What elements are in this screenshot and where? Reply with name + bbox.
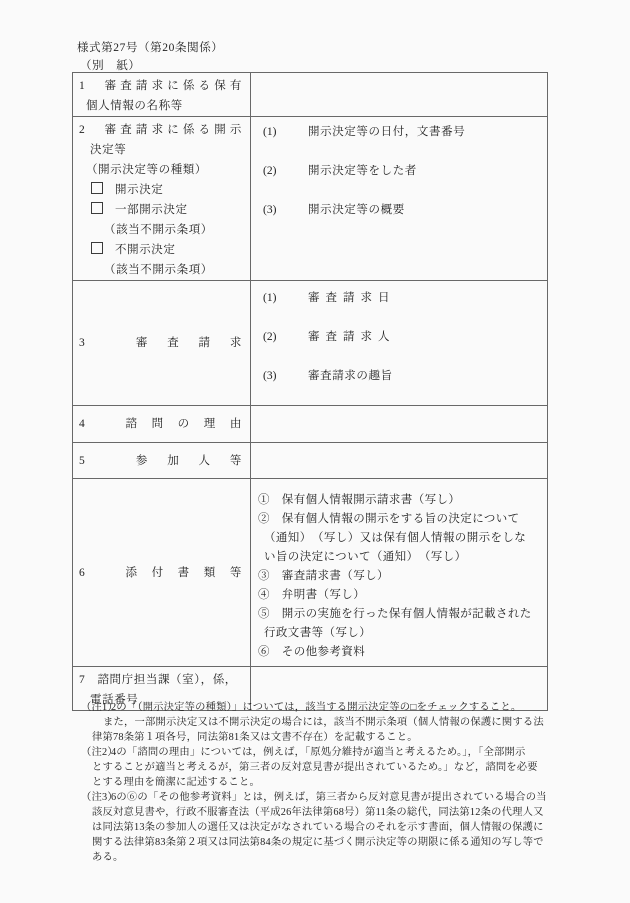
item-text: 開示決定等の日付，文書番号 [308, 126, 465, 138]
footnotes: （注1）2の「（開示決定等の種類）」については，該当する開示決定等の□をチェック… [81, 700, 547, 865]
row-2-disclosure-decisions: 2 審査請求に係る開示 決定等 （開示決定等の種類） 開示決定 一部開示決定 （… [73, 117, 548, 281]
item-text: 審査請求人 [308, 331, 396, 343]
note-text: 2の「（開示決定等の種類）」については，該当する開示決定等の□をチェックすること… [111, 702, 521, 713]
list-item: (2)開示決定等をした者 [263, 161, 543, 181]
note-3-line: 関する法律第83条第２項又は同法第84条の規定に基づく開示決定等の期限に係る通知… [81, 835, 547, 850]
item-number: (2) [263, 327, 308, 347]
item-text: 審査請求の趣旨 [308, 370, 393, 382]
item-text: 開示決定等をした者 [308, 165, 417, 177]
note-3-line: （注3）6の⑥の「その他参考資料」とは，例えば，第三者から反対意見書が提出されて… [81, 790, 547, 805]
decision-type-heading: （開示決定等の種類） [79, 160, 242, 180]
note-3-line: ある。 [81, 850, 547, 865]
item-number: (3) [263, 366, 308, 386]
row-3-item-cell: 3 審査請求 [73, 281, 251, 406]
item-text: 審査請求日 [308, 292, 396, 304]
attached-doc-item: ① 保有個人情報開示請求書（写し） [258, 491, 543, 510]
checkbox-label: 不開示決定 [115, 244, 176, 256]
item-text: 開示決定等の概要 [308, 204, 405, 216]
row-5-intervenors: 5 参加人等 [73, 443, 548, 479]
note-2-label: （注2） [81, 745, 118, 760]
row-4-consultation-reason: 4 諮問の理由 [73, 406, 548, 443]
note-text: 4の「諮問の理由」については，例えば，「原処分維持が適当と考えるため。」，「全部… [111, 747, 526, 758]
list-item: (3)審査請求の趣旨 [263, 366, 543, 386]
row-6-attached-documents: 6 添付書類等 ① 保有個人情報開示請求書（写し） ② 保有個人情報の開示をする… [73, 479, 548, 667]
item-number: (1) [263, 288, 308, 308]
applicable-nondisclosure-clause-note: （該当不開示条項） [79, 220, 242, 240]
attached-doc-item: ⑥ その他参考資料 [258, 643, 543, 662]
note-1-label: （注1） [81, 700, 118, 715]
row-4-title: 4 諮問の理由 [79, 414, 242, 434]
item-number: (1) [263, 122, 308, 142]
checkbox-disclosure-decision[interactable] [91, 182, 103, 194]
note-1-line: 律第78条第１項各号，同法第81条又は文書不存在）を記載すること。 [81, 730, 547, 745]
row-5-item-cell: 5 参加人等 [73, 443, 251, 479]
attached-doc-item: ③ 審査請求書（写し） [258, 567, 543, 586]
row-6-value-cell: ① 保有個人情報開示請求書（写し） ② 保有個人情報の開示をする旨の決定について… [251, 479, 548, 667]
row-3-title: 3 審査請求 [79, 333, 242, 353]
note-3-line: 該反対意見書や，行政不服審査法（平成26年法律第68号）第11条の総代，同法第1… [81, 805, 547, 820]
checkbox-label: 一部開示決定 [115, 204, 188, 216]
row-1-title-line-2: 個人情報の名称等 [79, 96, 242, 116]
row-5-value-cell [251, 443, 548, 479]
row-4-value-cell [251, 406, 548, 443]
list-item: (3)開示決定等の概要 [263, 200, 543, 220]
checkbox-line-disclosure: 開示決定 [79, 180, 242, 200]
attached-doc-item-continuation: い旨の決定について（通知） （写し） [258, 548, 543, 567]
checkbox-partial-disclosure-decision[interactable] [91, 202, 103, 214]
attached-doc-item: ⑤ 開示の実施を行った保有個人情報が記載された [258, 605, 543, 624]
row-1-title-line-1: 1 審査請求に係る保有 [79, 76, 242, 96]
list-item: (1)審査請求日 [263, 288, 543, 308]
row-2-title-line-1: 2 審査請求に係る開示 [79, 120, 242, 140]
note-3-label: （注3） [81, 790, 118, 805]
form-number: 様式第27号（第20条関係） [77, 39, 223, 55]
row-7-title-line-1: 7 諮問庁担当課（室），係， [79, 670, 242, 690]
attached-doc-item: ④ 弁明書（写し） [258, 586, 543, 605]
row-2-item-cell: 2 審査請求に係る開示 決定等 （開示決定等の種類） 開示決定 一部開示決定 （… [73, 117, 251, 281]
attached-doc-item-continuation: 行政文書等（写し） [258, 624, 543, 643]
note-1-line: （注1）2の「（開示決定等の種類）」については，該当する開示決定等の□をチェック… [81, 700, 547, 715]
note-1-line: また，一部開示決定又は不開示決定の場合には，該当不開示条項（個人情報の保護に関す… [81, 715, 547, 730]
attached-doc-item-continuation: （通知） （写し）又は保有個人情報の開示をしな [258, 529, 543, 548]
row-6-item-cell: 6 添付書類等 [73, 479, 251, 667]
appeal-review-table: 1 審査請求に係る保有 個人情報の名称等 2 審査請求に係る開示 決定等 （開示… [72, 72, 548, 711]
row-2-value-cell: (1)開示決定等の日付，文書番号 (2)開示決定等をした者 (3)開示決定等の概… [251, 117, 548, 281]
attached-doc-item: ② 保有個人情報の開示をする旨の決定について [258, 510, 543, 529]
row-2-title-line-2: 決定等 [79, 140, 242, 160]
row-3-value-cell: (1)審査請求日 (2)審査請求人 (3)審査請求の趣旨 [251, 281, 548, 406]
note-3-line: は同法第13条の参加人の選任又は決定がなされている場合のそれを示す書面，個人情報… [81, 820, 547, 835]
form-page: 様式第27号（第20条関係） （別 紙） 1 審査請求に係る保有 個人情報の名称… [0, 0, 630, 903]
item-number: (2) [263, 161, 308, 181]
row-3-review-request: 3 審査請求 (1)審査請求日 (2)審査請求人 (3)審査請求の趣旨 [73, 281, 548, 406]
checkbox-line-nondisclosure: 不開示決定 [79, 240, 242, 260]
checkbox-nondisclosure-decision[interactable] [91, 242, 103, 254]
row-1-value-cell [251, 73, 548, 117]
item-number: (3) [263, 200, 308, 220]
checkbox-label: 開示決定 [115, 184, 163, 196]
list-item: (2)審査請求人 [263, 327, 543, 347]
note-2-line: （注2）4の「諮問の理由」については，例えば，「原処分維持が適当と考えるため。」… [81, 745, 547, 760]
row-5-title: 5 参加人等 [79, 451, 242, 471]
row-1-held-personal-info-name: 1 審査請求に係る保有 個人情報の名称等 [73, 73, 548, 117]
list-item: (1)開示決定等の日付，文書番号 [263, 122, 543, 142]
note-text: 6の⑥の「その他参考資料」とは，例えば，第三者から反対意見書が提出されている場合… [111, 792, 547, 803]
applicable-nondisclosure-clause-note: （該当不開示条項） [79, 260, 242, 280]
note-2-line: とすることが適当と考えるが，第三者の反対意見書が提出されているため。」など，諮問… [81, 760, 547, 775]
row-4-item-cell: 4 諮問の理由 [73, 406, 251, 443]
sheet-label: （別 紙） [80, 57, 141, 73]
row-6-title: 6 添付書類等 [79, 563, 242, 583]
note-2-line: とする理由を簡潔に記述すること。 [81, 775, 547, 790]
checkbox-line-partial-disclosure: 一部開示決定 [79, 200, 242, 220]
row-1-item-cell: 1 審査請求に係る保有 個人情報の名称等 [73, 73, 251, 117]
